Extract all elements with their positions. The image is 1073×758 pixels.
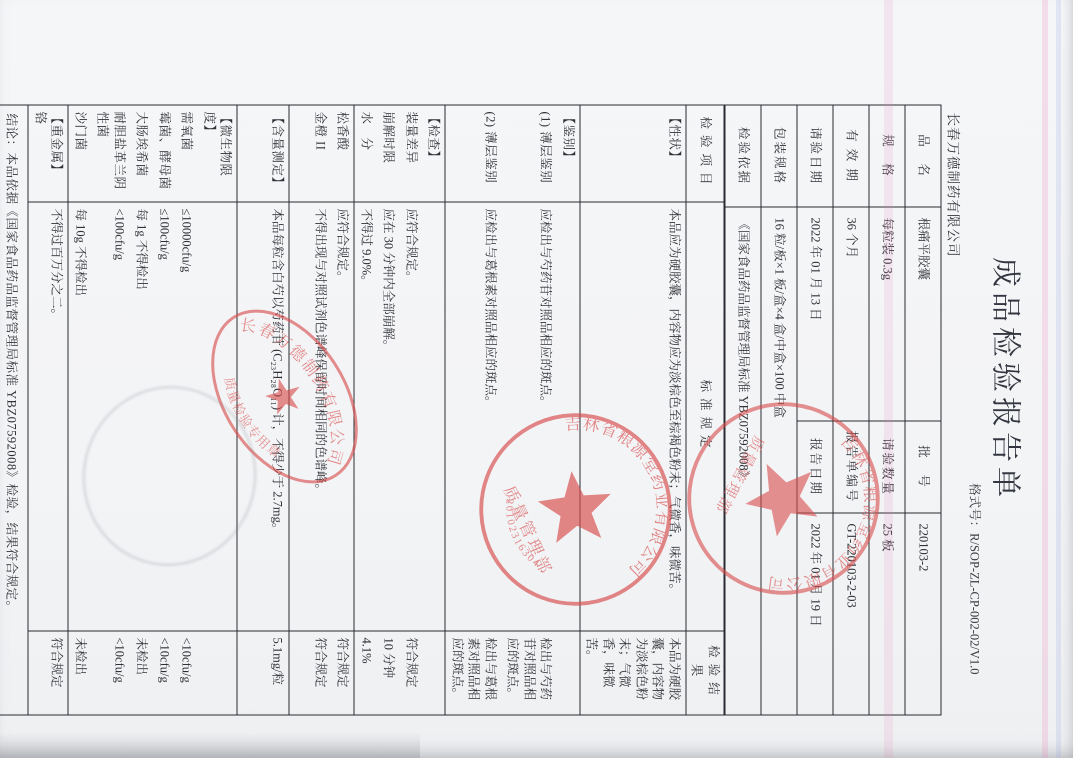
test-item-cell: 【性状】 — [580, 105, 686, 202]
test-table-row: 【性状】本品应为硬胶囊，内容物应为淡棕色至棕褐色粉末；气微香，味微苦。本品为硬胶… — [580, 105, 686, 715]
test-item-cell: 【重金属】铬 — [29, 105, 69, 202]
info-table-row: 包装规格16 粒/板×1 板/盒×4 盒/中盒×100 中盒 — [761, 105, 797, 715]
info-value: 《国家食品药品监督管理局标准 YBZ07592008》 — [725, 207, 761, 715]
test-result-cell: 符合规定 — [400, 631, 423, 715]
test-item-cell: 崩解时限 — [378, 105, 401, 202]
test-item-cell: 【含量测定】 — [238, 105, 290, 202]
test-item-name-line2: 铬 — [34, 112, 48, 125]
test-item-cell: (1) 薄层鉴别 — [502, 105, 558, 202]
test-result-cell: 未检出 — [69, 631, 92, 715]
info-table-row: 规 格每粒装 0.3g请验数量25 板 — [869, 105, 905, 715]
test-item-name: 松香酸 — [336, 112, 350, 151]
test-result-cell: <10cfu/g — [176, 631, 199, 715]
info-value: 36 个月 — [833, 207, 869, 421]
info-label: 报告单编号 — [833, 421, 869, 513]
test-table: 检验项目 标准规定 检验结果 【性状】本品应为硬胶囊，内容物应为淡棕色至棕褐色粉… — [0, 105, 725, 716]
test-result-cell: 符合规定 — [290, 631, 332, 715]
conclusion-row: 结论：本品依据《国家食品药品监督管理局标准 YBZ07592008》检验，结果符… — [0, 105, 29, 715]
test-table-row: (1) 薄层鉴别应检出与芍药苷对照品相应的斑点。检出与芍药苷对照品相应的斑点。 — [502, 105, 558, 715]
test-item-cell: 【微生物限度】 — [198, 105, 238, 202]
test-standard-cell: 应检出与葛根素对照品相应的斑点。 — [446, 202, 502, 631]
info-label: 检验依据 — [725, 105, 761, 207]
conclusion-text: 结论：本品依据《国家食品药品监督管理局标准 YBZ07592008》检验，结果符… — [0, 105, 29, 715]
test-table-row: (2) 薄层鉴别应检出与葛根素对照品相应的斑点。检出与葛根素对照品相应的斑点。 — [446, 105, 502, 715]
info-table-row: 有 效 期36 个月报告单编号GT-220103-2-03 — [833, 105, 869, 715]
test-standard-cell: 不得出现与对照试剂色谱峰保留时间相同的色谱峰。 — [290, 202, 332, 631]
test-table-row: 【鉴别】 — [557, 105, 580, 715]
test-result-cell: 检出与葛根素对照品相应的斑点。 — [446, 631, 502, 715]
test-item-name: 崩解时限 — [382, 112, 396, 164]
col-header-item: 检验项目 — [686, 105, 724, 202]
test-standard-cell: 不得过百万分之二。 — [29, 202, 69, 631]
test-item-name: 金橙 II — [314, 112, 328, 151]
test-standard-cell: 应检出与芍药苷对照品相应的斑点。 — [502, 202, 558, 631]
test-item-name: 【鉴别】 — [562, 112, 576, 164]
test-result-cell: <10cfu/g — [153, 631, 176, 715]
test-table-header-row: 检验项目 标准规定 检验结果 — [686, 105, 724, 715]
info-value: GT-220103-2-03 — [833, 513, 869, 715]
info-label: 品 名 — [905, 105, 941, 207]
test-result-cell: 4.1% — [355, 631, 378, 715]
test-item-name: 霉菌、酵母菌 — [158, 112, 172, 190]
info-label: 请验数量 — [869, 421, 905, 513]
info-table: 品 名根痛平胶囊批 号220103-2规 格每粒装 0.3g请验数量25 板有 … — [725, 105, 942, 716]
test-item-name: 【微生物限度】 — [203, 112, 234, 177]
test-item-cell: 霉菌、酵母菌 — [153, 105, 176, 202]
test-result-cell — [198, 631, 238, 715]
test-item-cell: 耐胆盐革兰阴性菌 — [92, 105, 131, 202]
test-standard-cell: 应符合规定。 — [400, 202, 423, 631]
test-item-name: 【重金属】 — [50, 112, 64, 177]
test-standard-cell: 本品每粒含白芍以芍药苷 (C₂₃H₂₈O₁₁) 计，不得少于 2.7mg。 — [238, 202, 290, 631]
info-table-row: 请验日期2022 年 01 月 13 日报告日期2022 年 01 月 19 日 — [797, 105, 833, 715]
info-table-row: 品 名根痛平胶囊批 号220103-2 — [905, 105, 941, 715]
info-table-row: 检验依据《国家食品药品监督管理局标准 YBZ07592008》 — [725, 105, 761, 715]
test-item-name: 【检查】 — [427, 112, 441, 164]
test-item-cell: 【鉴别】 — [557, 105, 580, 202]
test-standard-cell: 每 10g 不得检出 — [69, 202, 92, 631]
test-item-name: 耐胆盐革兰阴性菌 — [96, 112, 127, 190]
test-standard-cell: 不得过 9.0%。 — [355, 202, 378, 631]
format-number: 格式号：R/SOP-ZL-CP-002-02/V1.0 — [967, 105, 985, 715]
test-result-cell: 检出与芍药苷对照品相应的斑点。 — [502, 631, 558, 715]
test-standard-cell — [423, 202, 446, 631]
test-item-name: 需氧菌 — [180, 112, 194, 151]
test-result-cell — [557, 631, 580, 715]
test-item-name: 水 分 — [360, 112, 374, 151]
info-value: 根痛平胶囊 — [905, 207, 941, 421]
test-table-row: 松香酸应符合规定。符合规定 — [332, 105, 355, 715]
col-header-standard: 标准规定 — [686, 202, 724, 631]
report-document: 成品检验报告单 格式号：R/SOP-ZL-CP-002-02/V1.0 长春万德… — [0, 1, 1073, 758]
test-item-cell: 装量差异 — [400, 105, 423, 202]
test-item-name: 沙门菌 — [74, 112, 88, 151]
info-label: 有 效 期 — [833, 105, 869, 207]
test-result-cell: 未检出 — [131, 631, 154, 715]
test-item-name: (1) 薄层鉴别 — [539, 112, 553, 184]
info-value: 220103-2 — [905, 513, 941, 715]
scanned-report-page: 成品检验报告单 格式号：R/SOP-ZL-CP-002-02/V1.0 长春万德… — [0, 0, 1073, 758]
test-table-row: 【含量测定】本品每粒含白芍以芍药苷 (C₂₃H₂₈O₁₁) 计，不得少于 2.7… — [238, 105, 290, 715]
col-header-result: 检验结果 — [686, 631, 724, 715]
test-table-row: 【检查】 — [423, 105, 446, 715]
test-table-row: 装量差异应符合规定。符合规定 — [400, 105, 423, 715]
info-value: 2022 年 01 月 19 日 — [797, 513, 833, 715]
info-value: 每粒装 0.3g — [869, 207, 905, 421]
test-item-name: (2) 薄层鉴别 — [484, 112, 498, 184]
test-item-name: 【性状】 — [668, 112, 682, 164]
test-item-cell: 大肠埃希菌 — [131, 105, 154, 202]
company-name: 长春万德制药有限公司 — [945, 113, 965, 758]
info-label: 请验日期 — [797, 105, 833, 207]
info-label: 规 格 — [869, 105, 905, 207]
test-item-cell: 需氧菌 — [176, 105, 199, 202]
info-value: 16 粒/板×1 板/盒×4 盒/中盒×100 中盒 — [761, 207, 797, 715]
test-standard-cell — [557, 202, 580, 631]
test-item-cell: 金橙 II — [290, 105, 332, 202]
test-item-name: 大肠埃希菌 — [135, 112, 149, 177]
info-label: 包装规格 — [761, 105, 797, 207]
info-value: 2022 年 01 月 13 日 — [797, 207, 833, 421]
test-table-row: 【重金属】铬不得过百万分之二。符合规定 — [29, 105, 69, 715]
test-standard-cell: 应符合规定。 — [332, 202, 355, 631]
test-item-cell: 松香酸 — [332, 105, 355, 202]
test-item-name: 装量差异 — [405, 112, 419, 164]
test-table-row: 水 分不得过 9.0%。4.1% — [355, 105, 378, 715]
test-item-cell: (2) 薄层鉴别 — [446, 105, 502, 202]
test-standard-cell: 应在 30 分钟内全部崩解。 — [378, 202, 401, 631]
test-table-row: 沙门菌每 10g 不得检出未检出 — [69, 105, 92, 715]
test-item-cell: 水 分 — [355, 105, 378, 202]
page-title: 成品检验报告单 — [987, 1, 1031, 758]
test-result-cell: 符合规定 — [332, 631, 355, 715]
test-result-cell: 5.1mg/粒 — [238, 631, 290, 715]
test-item-name: 【含量测定】 — [271, 112, 285, 190]
test-result-cell: 符合规定 — [29, 631, 69, 715]
info-value: 25 板 — [869, 513, 905, 715]
test-result-cell: 本品为硬胶囊，内容物为淡棕色粉末；气微香，味微苦。 — [580, 631, 686, 715]
test-standard-cell: 本品应为硬胶囊，内容物应为淡棕色至棕褐色粉末；气微香，味微苦。 — [580, 202, 686, 631]
info-label: 报告日期 — [797, 421, 833, 513]
test-result-cell: <10cfu/g — [92, 631, 131, 715]
info-label: 批 号 — [905, 421, 941, 513]
test-item-cell: 沙门菌 — [69, 105, 92, 202]
test-table-row: 金橙 II不得出现与对照试剂色谱峰保留时间相同的色谱峰。符合规定 — [290, 105, 332, 715]
test-item-cell: 【检查】 — [423, 105, 446, 202]
test-table-row: 崩解时限应在 30 分钟内全部崩解。10 分钟 — [378, 105, 401, 715]
test-result-cell: 10 分钟 — [378, 631, 401, 715]
test-result-cell — [423, 631, 446, 715]
